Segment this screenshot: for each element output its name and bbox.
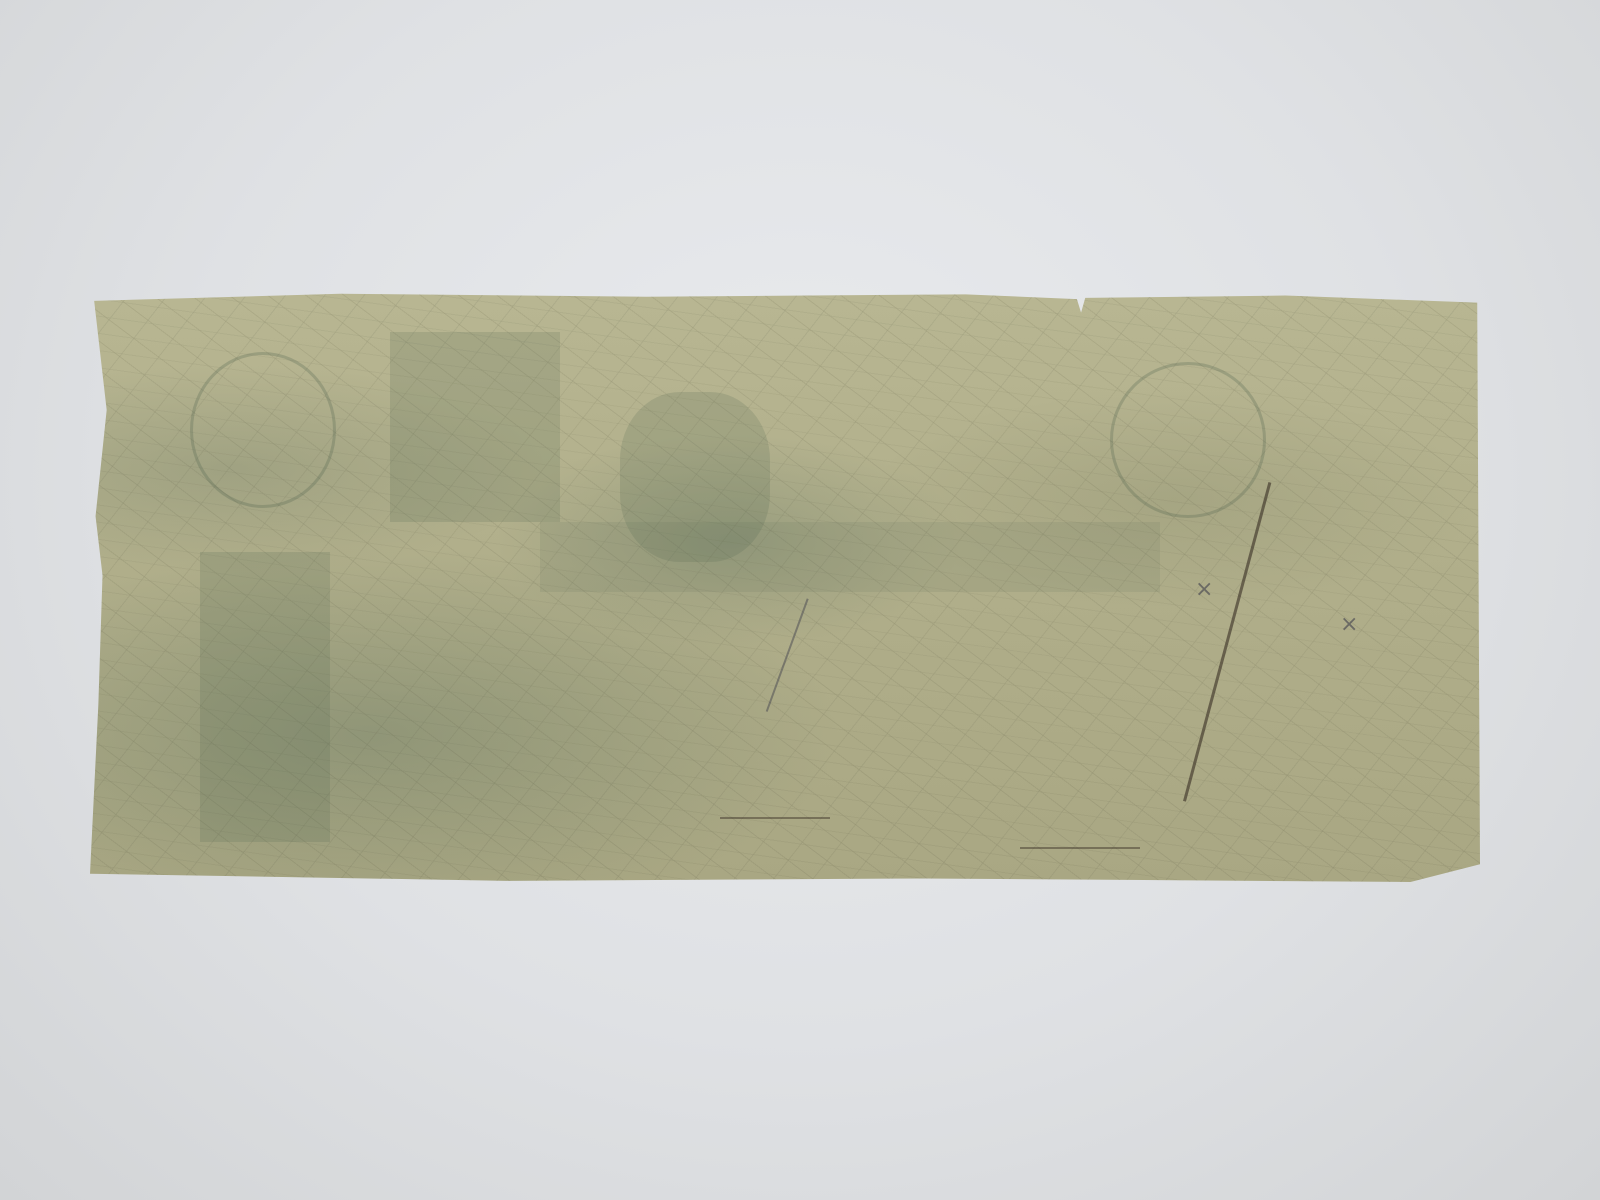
ghost-panel-left: [200, 552, 330, 842]
pencil-x-mark: ×: [1340, 612, 1358, 637]
ghost-panel-center: [390, 332, 560, 522]
handwritten-ink-lower: [720, 787, 830, 819]
pencil-x-mark: ×: [1195, 577, 1213, 602]
ghost-seal-left: [190, 352, 336, 508]
ghost-text-band: [540, 522, 1160, 592]
ghost-seal-right: [1110, 362, 1266, 518]
handwritten-ink-lower-right: [1020, 817, 1140, 849]
banknote: × ×: [90, 292, 1480, 882]
